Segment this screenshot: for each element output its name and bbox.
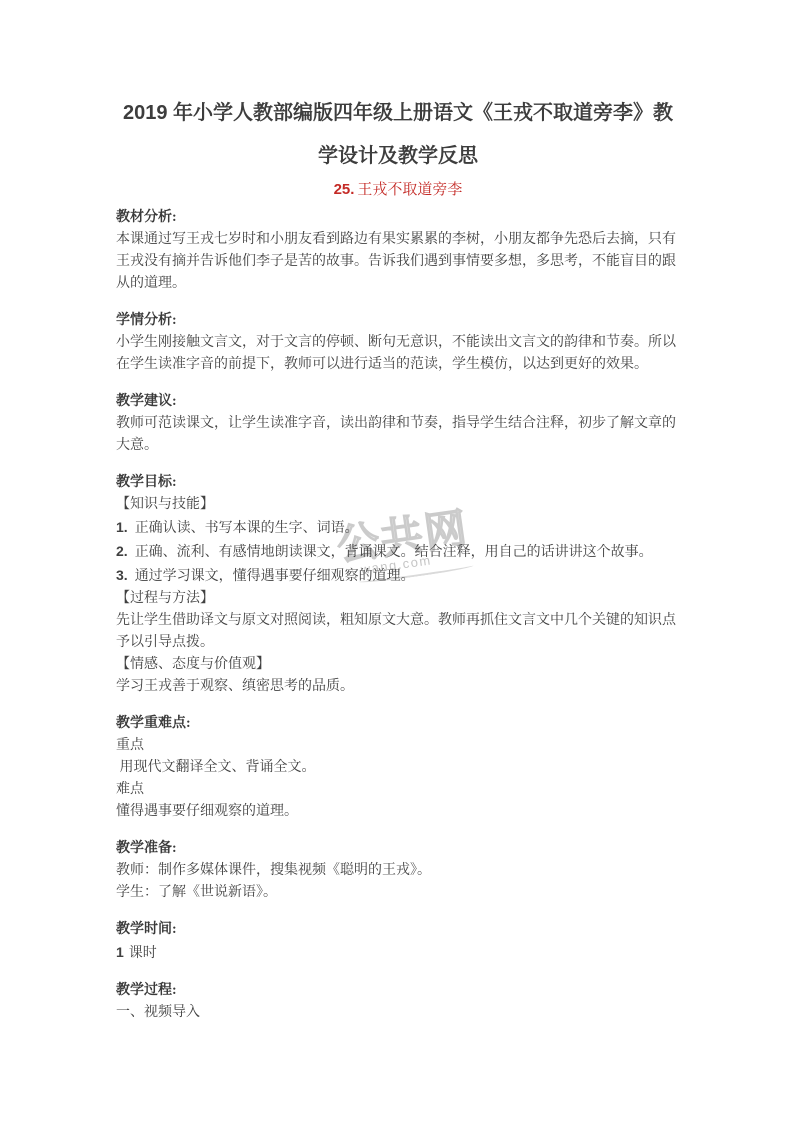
section-material-analysis: 教材分析: 本课通过写王戎七岁时和小朋友看到路边有果实累累的李树，小朋友都争先恐… <box>116 207 680 295</box>
page-title-line-1: 2019 年小学人教部编版四年级上册语文《王戎不取道旁李》教 <box>116 92 680 135</box>
section-time: 教学时间: 1课时 <box>116 919 680 965</box>
section-learner-analysis: 学情分析: 小学生刚接触文言文，对于文言的停顿、断句无意识，不能读出文言文的韵律… <box>116 310 680 376</box>
preparation-heading: 教学准备: <box>116 838 680 860</box>
objectives-item-3: 3.通过学习课文，懂得遇事要仔细观察的道理。 <box>116 564 680 588</box>
lesson-name: 王戎不取道旁李 <box>357 182 462 198</box>
objectives-emotion-body: 学习王戎善于观察、缜密思考的品质。 <box>116 676 680 698</box>
objectives-item-3-number: 3. <box>116 567 128 583</box>
teaching-advice-heading: 教学建议: <box>116 391 680 413</box>
section-teaching-advice: 教学建议: 教师可范读课文，让学生读准字音，读出韵律和节奏，指导学生结合注释，初… <box>116 391 680 457</box>
time-body: 1课时 <box>116 941 680 965</box>
lesson-number: 25. <box>334 181 355 198</box>
key-points-key-label: 重点 <box>116 735 680 757</box>
objectives-heading: 教学目标: <box>116 472 680 494</box>
objectives-item-2: 2.正确、流利、有感情地朗读课文，背诵课文。结合注释，用自己的话讲讲这个故事。 <box>116 540 680 564</box>
objectives-knowledge-label: 【知识与技能】 <box>116 494 680 516</box>
teaching-advice-body: 教师可范读课文，让学生读准字音，读出韵律和节奏，指导学生结合注释，初步了解文章的… <box>116 413 680 457</box>
material-analysis-body: 本课通过写王戎七岁时和小朋友看到路边有果实累累的李树，小朋友都争先恐后去摘，只有… <box>116 229 680 295</box>
section-key-points: 教学重难点: 重点 用现代文翻译全文、背诵全文。 难点 懂得遇事要仔细观察的道理… <box>116 713 680 823</box>
time-unit: 课时 <box>129 946 157 961</box>
section-objectives: 教学目标: 【知识与技能】 1.正确认读、书写本课的生字、词语。 2.正确、流利… <box>116 472 680 698</box>
lesson-heading: 25.王戎不取道旁李 <box>116 179 680 201</box>
objectives-emotion-label: 【情感、态度与价值观】 <box>116 654 680 676</box>
key-points-key-body: 用现代文翻译全文、背诵全文。 <box>116 757 680 779</box>
time-heading: 教学时间: <box>116 919 680 941</box>
key-points-difficult-label: 难点 <box>116 779 680 801</box>
objectives-item-1-number: 1. <box>116 519 128 535</box>
learner-analysis-body: 小学生刚接触文言文，对于文言的停顿、断句无意识，不能读出文言文的韵律和节奏。所以… <box>116 332 680 376</box>
page-title: 2019 年小学人教部编版四年级上册语文《王戎不取道旁李》教 学设计及教学反思 <box>116 92 680 178</box>
key-points-difficult-body: 懂得遇事要仔细观察的道理。 <box>116 801 680 823</box>
objectives-item-2-number: 2. <box>116 543 128 559</box>
objectives-item-2-text: 正确、流利、有感情地朗读课文，背诵课文。结合注释，用自己的话讲讲这个故事。 <box>135 545 653 560</box>
page-title-line-2: 学设计及教学反思 <box>116 135 680 178</box>
section-process: 教学过程: 一、视频导入 <box>116 980 680 1024</box>
material-analysis-heading: 教材分析: <box>116 207 680 229</box>
objectives-item-1-text: 正确认读、书写本课的生字、词语。 <box>135 521 359 536</box>
key-points-heading: 教学重难点: <box>116 713 680 735</box>
lesson-plan-document: 公共网 wang.com 2019 年小学人教部编版四年级上册语文《王戎不取道旁… <box>0 0 793 1122</box>
learner-analysis-heading: 学情分析: <box>116 310 680 332</box>
process-heading: 教学过程: <box>116 980 680 1002</box>
process-step-1: 一、视频导入 <box>116 1002 680 1024</box>
preparation-teacher-line: 教师：制作多媒体课件，搜集视频《聪明的王戎》。 <box>116 860 680 882</box>
document-content: 2019 年小学人教部编版四年级上册语文《王戎不取道旁李》教 学设计及教学反思 … <box>0 0 793 1024</box>
time-count: 1 <box>116 944 124 960</box>
objectives-item-3-text: 通过学习课文，懂得遇事要仔细观察的道理。 <box>135 569 415 584</box>
preparation-student-line: 学生：了解《世说新语》。 <box>116 882 680 904</box>
objectives-process-body: 先让学生借助译文与原文对照阅读，粗知原文大意。教师再抓住文言文中几个关键的知识点… <box>116 610 680 654</box>
objectives-process-label: 【过程与方法】 <box>116 588 680 610</box>
objectives-item-1: 1.正确认读、书写本课的生字、词语。 <box>116 516 680 540</box>
section-preparation: 教学准备: 教师：制作多媒体课件，搜集视频《聪明的王戎》。 学生：了解《世说新语… <box>116 838 680 904</box>
